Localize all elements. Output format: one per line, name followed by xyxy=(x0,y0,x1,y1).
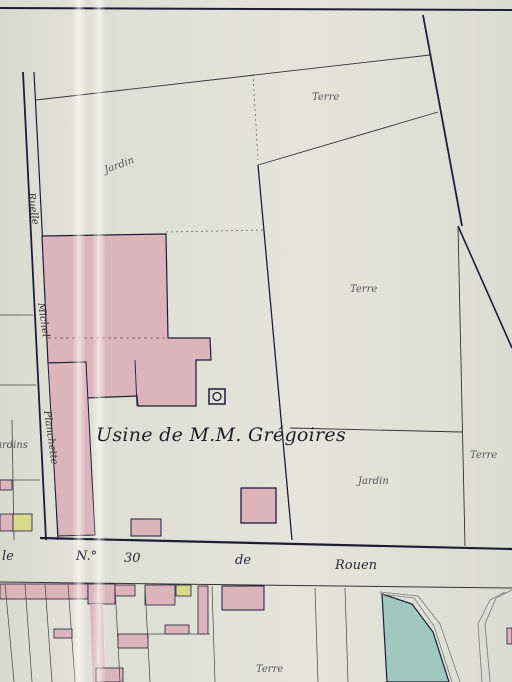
land-label: Terre xyxy=(350,284,377,295)
road-label: N.° xyxy=(76,549,97,564)
factory-label: Usine de M.M. Grégoires xyxy=(96,424,346,446)
map-drawing xyxy=(0,0,512,682)
road-label: 30 xyxy=(124,551,141,566)
road-label: le xyxy=(2,549,14,564)
garden-label: Jardin xyxy=(358,476,389,487)
land-label: Terre xyxy=(312,92,339,103)
road-label: Rouen xyxy=(335,558,377,573)
well-symbol-icon xyxy=(209,389,225,404)
land-label: Terre xyxy=(256,664,283,675)
road-label: de xyxy=(235,553,251,568)
garden-label: Jardins xyxy=(0,440,28,451)
cadastral-map: Usine de M.M. Grégoires Jardin Terre Ter… xyxy=(0,0,512,682)
land-label: Terre xyxy=(470,450,497,461)
